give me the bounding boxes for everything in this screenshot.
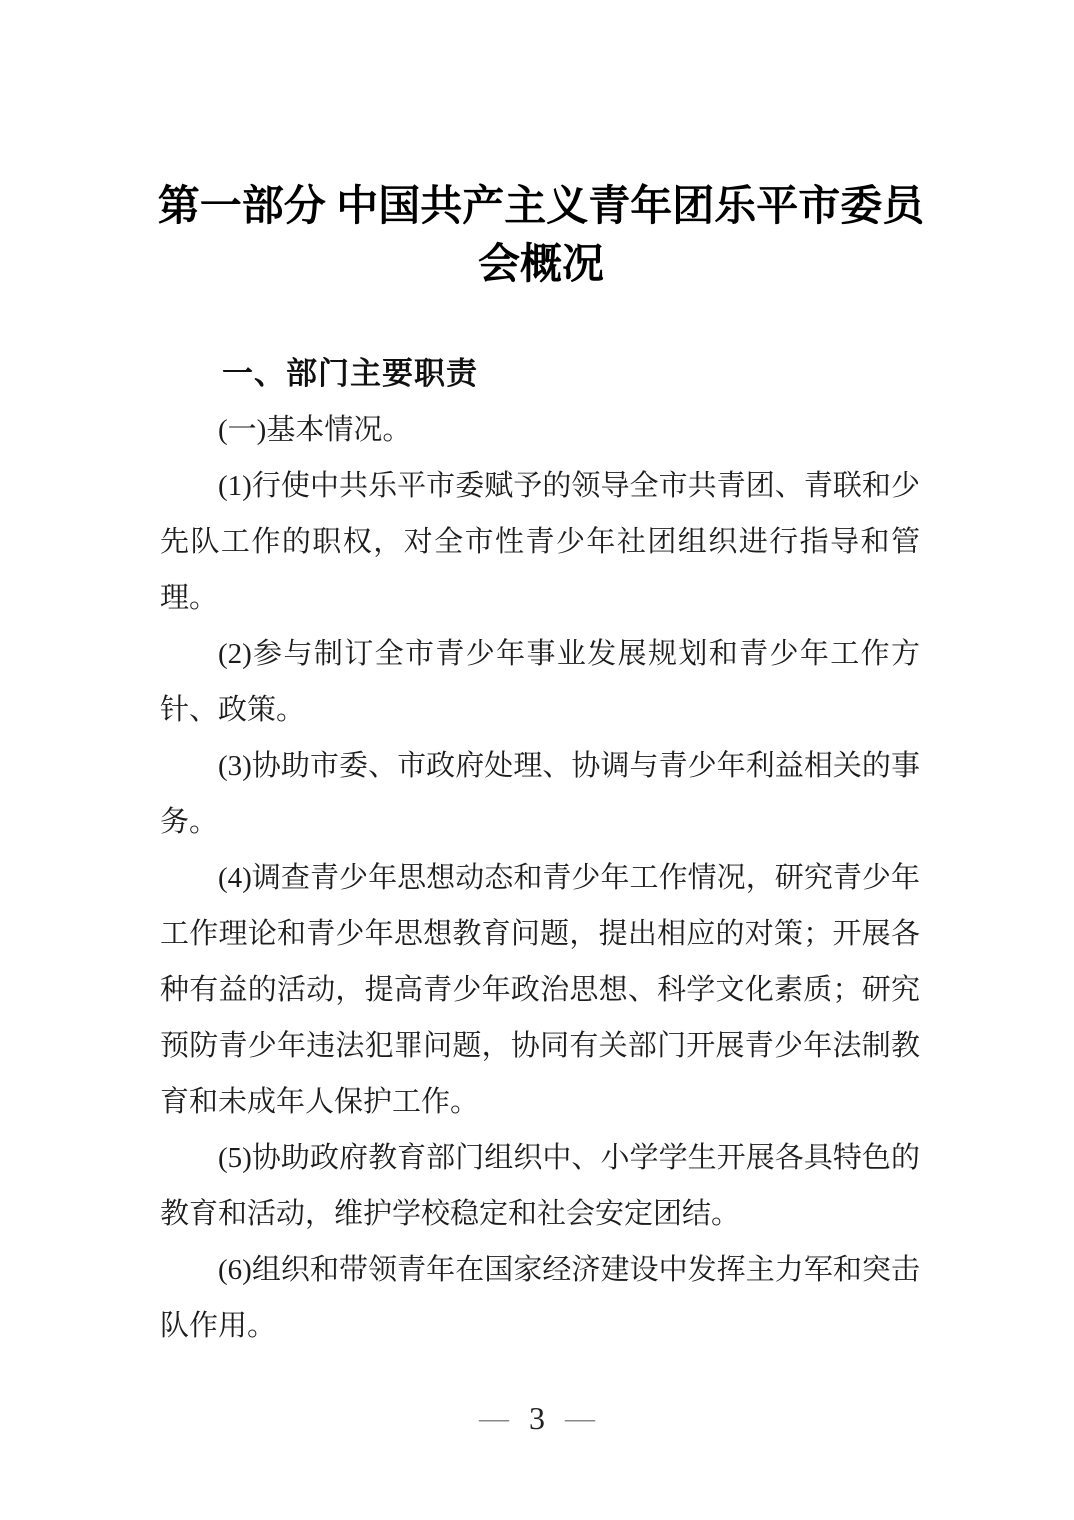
document-title-line-2: 会概况 (148, 236, 934, 294)
page-number: 3 (529, 1400, 545, 1436)
footer-left-dash: — (479, 1401, 509, 1434)
body-paragraph-3: (3)协助市委、市政府处理、协调与青少年利益相关的事务。 (160, 738, 920, 850)
body-paragraph-4: (4)调查青少年思想动态和青少年工作情况，研究青少年工作理论和青少年思想教育问题… (160, 850, 920, 1130)
section-heading: 一、部门主要职责 (160, 346, 920, 402)
page-footer: — 3 — (0, 1398, 1074, 1438)
body-paragraph-1: (1)行使中共乐平市委赋予的领导全市共青团、青联和少先队工作的职权，对全市性青少… (160, 458, 920, 626)
subsection-heading: (一)基本情况。 (160, 402, 920, 458)
body-paragraph-6: (6)组织和带领青年在国家经济建设中发挥主力军和突击队作用。 (160, 1242, 920, 1354)
body-paragraph-2: (2)参与制订全市青少年事业发展规划和青少年工作方针、政策。 (160, 626, 920, 738)
document-page: 第一部分 中国共产主义青年团乐平市委员 会概况 一、部门主要职责 (一)基本情况… (0, 0, 1074, 1520)
footer-right-dash: — (565, 1401, 595, 1434)
document-body: 一、部门主要职责 (一)基本情况。 (1)行使中共乐平市委赋予的领导全市共青团、… (160, 346, 920, 1354)
body-paragraph-5: (5)协助政府教育部门组织中、小学学生开展各具特色的教育和活动，维护学校稳定和社… (160, 1130, 920, 1242)
document-title-line-1: 第一部分 中国共产主义青年团乐平市委员 (148, 178, 934, 236)
document-title: 第一部分 中国共产主义青年团乐平市委员 会概况 (148, 178, 934, 294)
